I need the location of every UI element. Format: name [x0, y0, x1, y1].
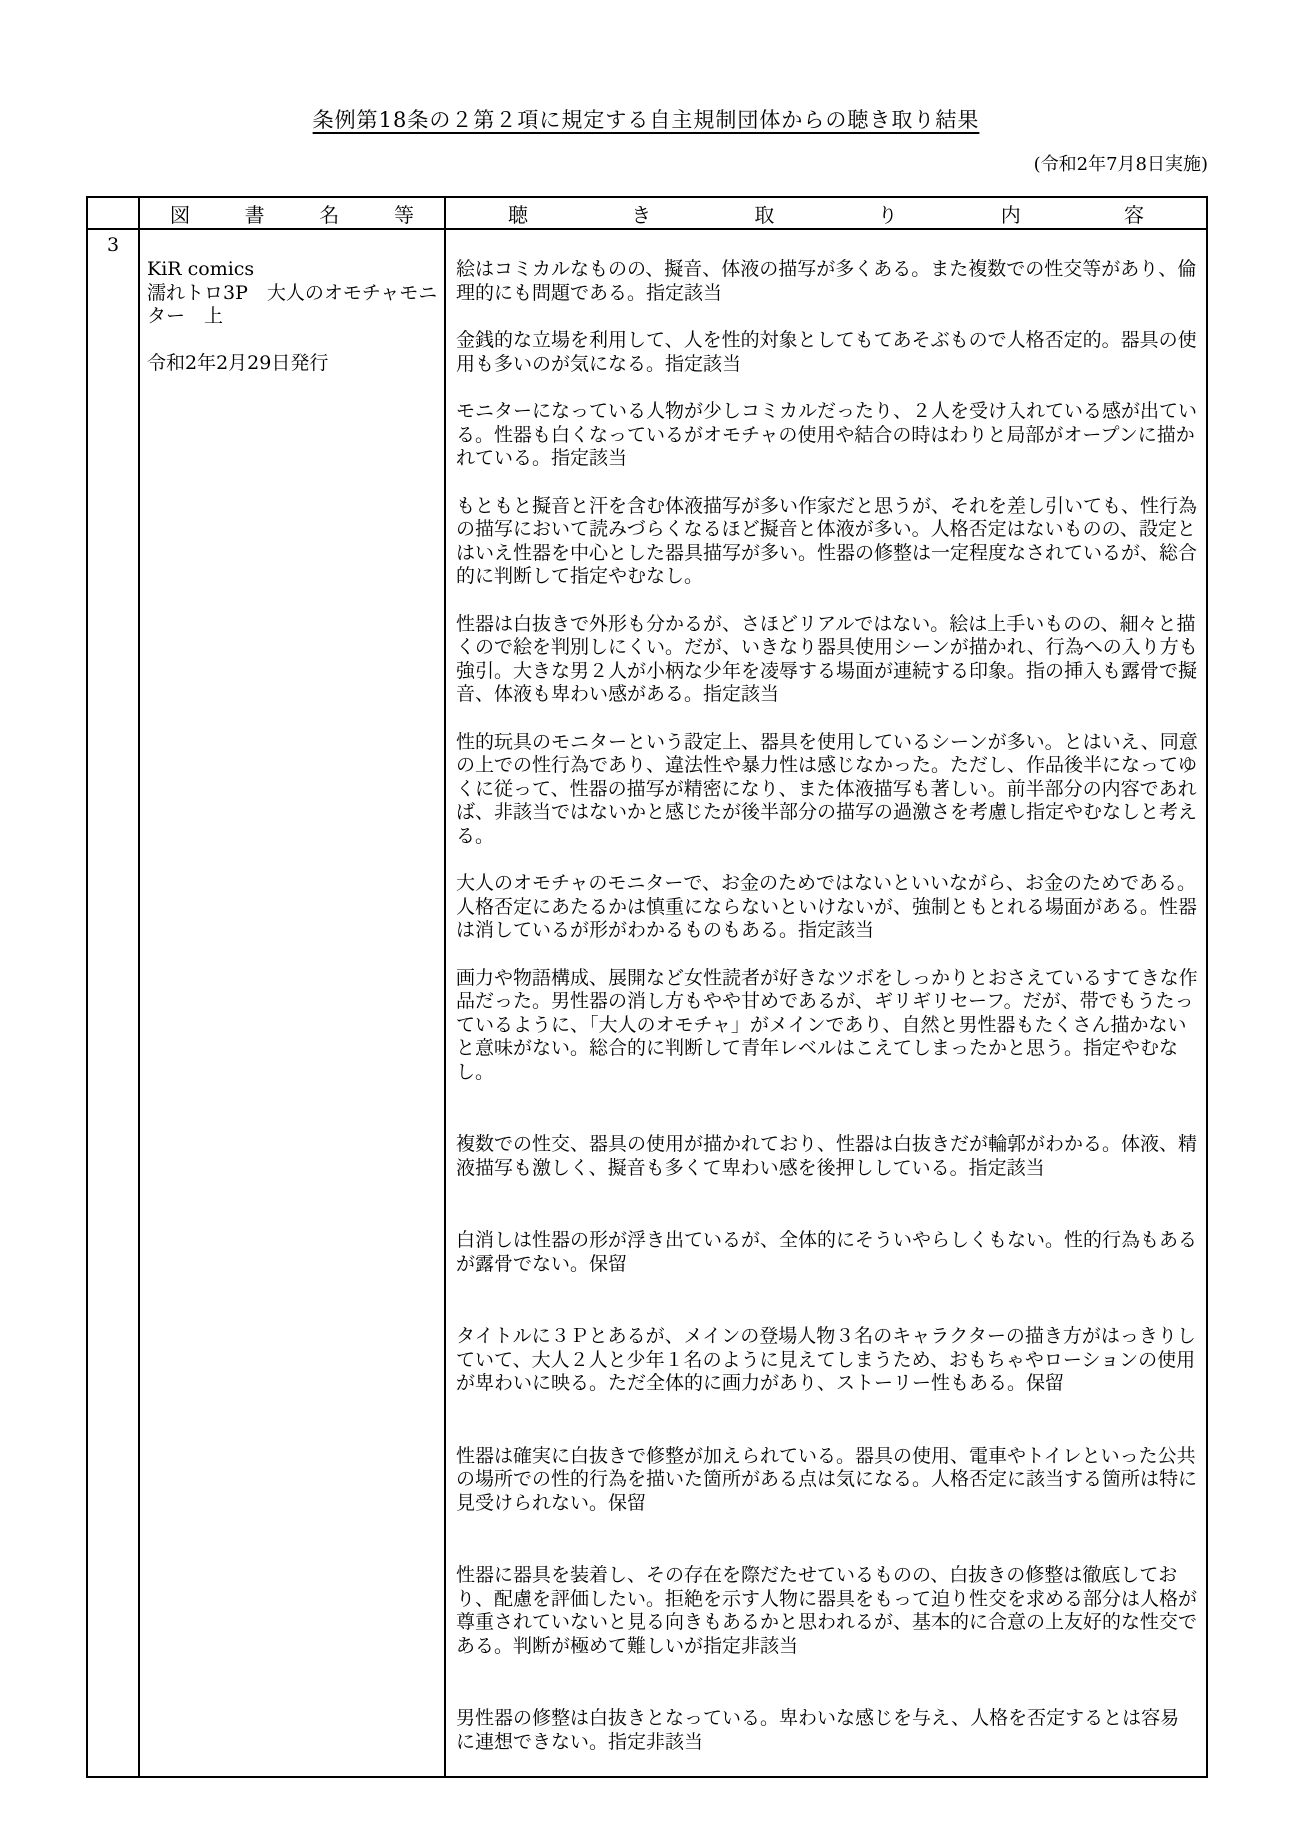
hearing-paragraph: 金銭的な立場を利用して、人を性的対象としてもてあそぶもので人格否定的。器具の使用… [456, 329, 1198, 376]
cell-book-info: KiR comics 濡れトロ3P 大人のオモチャモニター 上 令和2年2月29… [140, 230, 446, 1776]
hearing-paragraph: 大人のオモチャのモニターで、お金のためではないといいながら、お金のためである。人… [456, 872, 1198, 943]
book-title: 濡れトロ3P 大人のオモチャモニター 上 [147, 282, 439, 329]
cell-row-number: 3 [88, 230, 140, 1776]
header-char: 等 [394, 199, 414, 228]
header-char: 名 [319, 199, 339, 228]
header-char: 内 [1001, 199, 1021, 228]
hearing-paragraph: 複数での性交、器具の使用が描かれており、性器は白抜きだが輪郭がわかる。体液、精液… [456, 1133, 1198, 1180]
hearing-paragraph: タイトルに３Ｐとあるが、メインの登場人物３名のキャラクターの描き方がはっきりして… [456, 1325, 1198, 1396]
book-publish-date: 令和2年2月29日発行 [147, 352, 439, 376]
header-char: り [878, 199, 898, 228]
hearing-paragraph: 性器は白抜きで外形も分かるが、さほどリアルではない。絵は上手いものの、細々と描く… [456, 613, 1198, 707]
header-char: 取 [754, 199, 774, 228]
hearing-paragraph: 画力や物語構成、展開など女性読者が好きなツボをしっかりとおさえているすてきな作品… [456, 967, 1198, 1085]
book-series-label: KiR comics [147, 258, 439, 282]
hearing-paragraph: 性的玩具のモニターという設定上、器具を使用しているシーンが多い。とはいえ、同意の… [456, 731, 1198, 849]
hearing-paragraph: 性器は確実に白抜きで修整が加えられている。器具の使用、電車やトイレといった公共の… [456, 1445, 1198, 1516]
results-table: 図書名等 聴き取り内容 3 KiR comics 濡れトロ3P 大人のオモチャモ… [86, 196, 1208, 1778]
header-char: 書 [245, 199, 265, 228]
hearing-paragraph: もともと擬音と汗を含む体液描写が多い作家だと思うが、それを差し引いても、性行為の… [456, 495, 1198, 589]
header-cell-no [88, 198, 140, 230]
row-number: 3 [107, 234, 119, 256]
header-cell-content: 聴き取り内容 [446, 198, 1206, 230]
cell-hearing-content: 絵はコミカルなものの、擬音、体液の描写が多くある。また複数での性交等があり、倫理… [446, 230, 1206, 1776]
header-char: 図 [170, 199, 190, 228]
hearing-paragraph: 絵はコミカルなものの、擬音、体液の描写が多くある。また複数での性交等があり、倫理… [456, 258, 1198, 305]
date-note: (令和2年7月8日実施) [86, 150, 1208, 176]
hearing-paragraph: 男性器の修整は白抜きとなっている。卑わいな感じを与え、人格を否定するとは容易に連… [456, 1707, 1198, 1754]
header-cell-book: 図書名等 [140, 198, 446, 230]
hearing-paragraph: モニターになっている人物が少しコミカルだったり、２人を受け入れている感が出ている… [456, 400, 1198, 471]
header-char: 容 [1124, 199, 1144, 228]
hearing-paragraph: 性器に器具を装着し、その存在を際だたせているものの、白抜きの修整は徹底しており、… [456, 1564, 1198, 1658]
page-title: 条例第18条の２第２項に規定する自主規制団体からの聴き取り結果 [0, 104, 1292, 134]
hearing-paragraph: 白消しは性器の形が浮き出ているが、全体的にそういやらしくもない。性的行為もあるが… [456, 1229, 1198, 1276]
header-char: 聴 [508, 199, 528, 228]
header-char: き [631, 199, 651, 228]
